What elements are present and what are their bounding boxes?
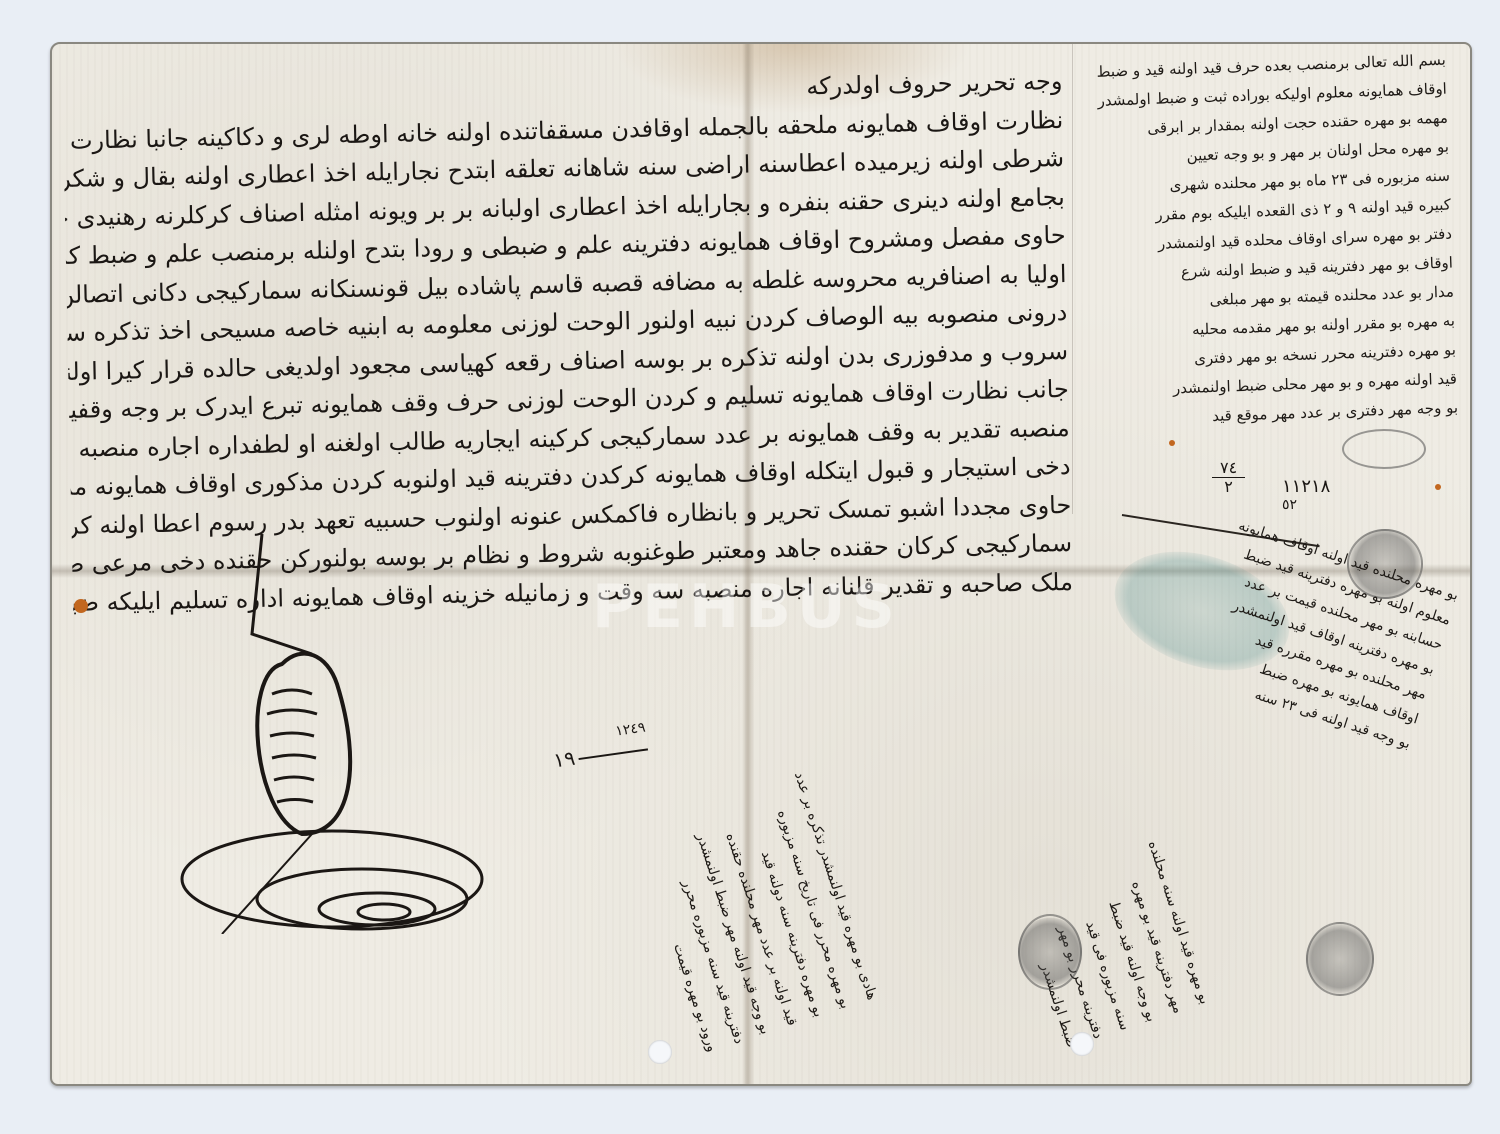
manuscript-paper: وجه تحریر حروف اولدرکه نظارت اوقاف همایو… bbox=[50, 42, 1472, 1086]
rust-spot bbox=[74, 599, 88, 613]
diagonal-notes-left: هادی بو مهره قید اولنمشدر تذکره بر عدد ب… bbox=[594, 672, 885, 1056]
oval-seal-top-right bbox=[1342, 429, 1426, 469]
tughra-monogram-icon bbox=[162, 514, 492, 934]
punch-hole bbox=[648, 1040, 672, 1064]
margin-rule bbox=[1072, 44, 1073, 514]
round-seal-bottom-left bbox=[1018, 914, 1082, 990]
round-seal-bottom-right bbox=[1306, 922, 1374, 996]
ink-spot bbox=[1435, 484, 1441, 490]
reference-fraction: ٧٤ ٢ bbox=[1212, 459, 1245, 496]
register-sub-number: ٥٢ bbox=[1282, 497, 1330, 513]
margin-notes-top-right: بسم الله تعالی برمنصب بعده حرف قید اولنه… bbox=[1076, 46, 1459, 436]
watermark: PEHBUS bbox=[592, 572, 901, 642]
ink-spot bbox=[1169, 440, 1175, 446]
register-number: ١١٢١٨ ٥٢ bbox=[1282, 476, 1330, 513]
diagonal-notes-right: بو مهره قید اولنه سنه محلنده مهر دفترینه… bbox=[954, 676, 1219, 1051]
punch-hole bbox=[1070, 1032, 1094, 1056]
